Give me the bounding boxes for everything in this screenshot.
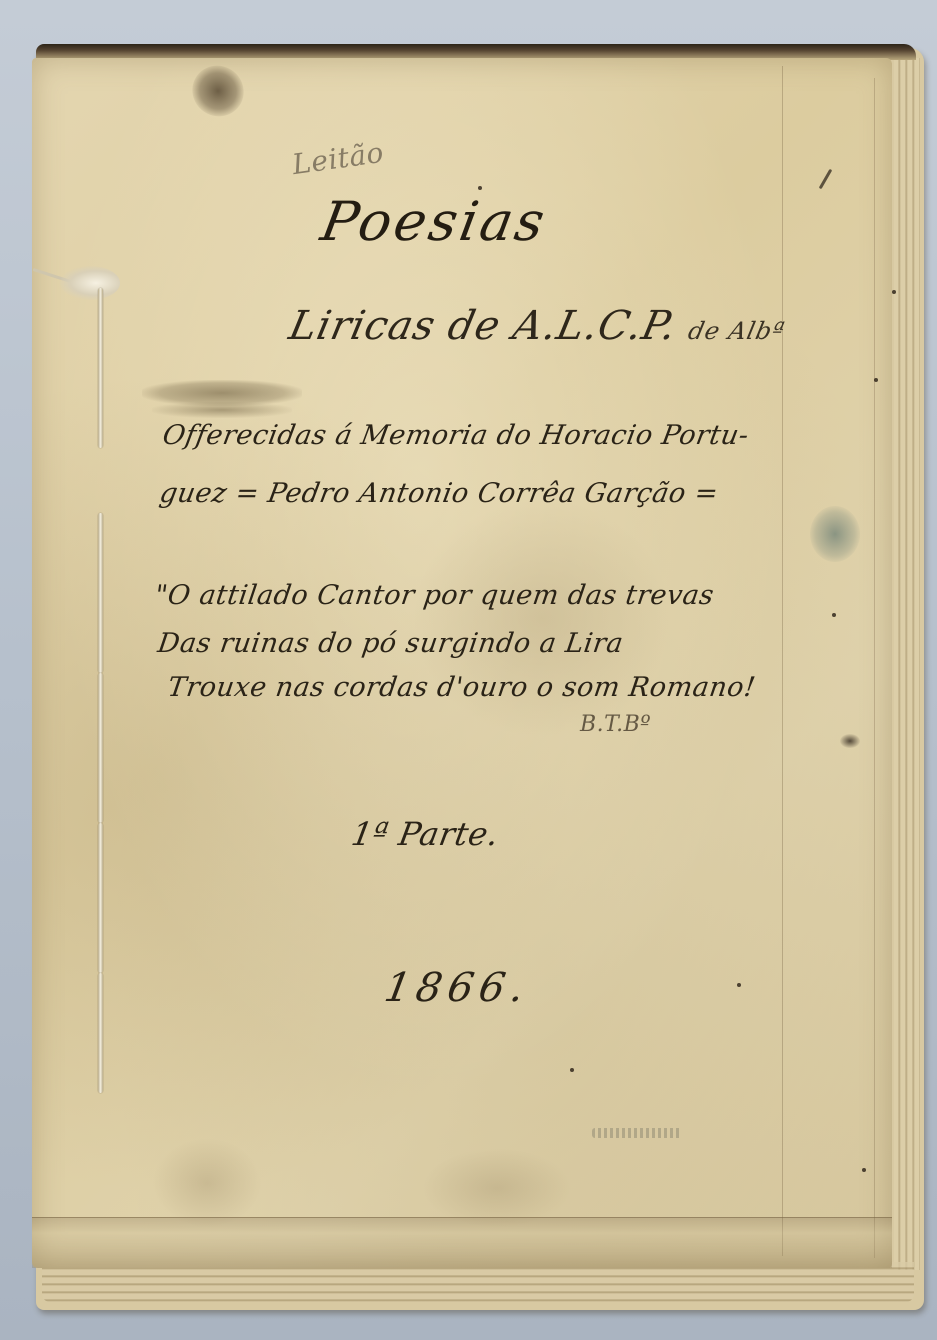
- fold-line: [874, 78, 875, 1258]
- binding-thread: [90, 218, 114, 1098]
- part-label: 1ª Parte.: [349, 815, 502, 853]
- stitch: [98, 823, 103, 973]
- ink-speck: [874, 378, 878, 382]
- stitch: [98, 673, 103, 823]
- fold-line: [782, 66, 783, 1256]
- epigraph-line: Das ruinas do pó surgindo a Lira: [156, 628, 625, 659]
- epigraph-attribution: B.T.Bº: [580, 712, 651, 737]
- dedication-line: Offerecidas á Memoria do Horacio Portu-: [160, 420, 751, 451]
- ink-speck: [832, 613, 836, 617]
- blue-stamp-stain: [810, 506, 860, 562]
- epigraph-line: Trouxe nas cordas d'ouro o som Romano!: [166, 672, 758, 703]
- ink-speck: [892, 290, 896, 294]
- water-stain: [422, 1148, 572, 1228]
- water-stain: [152, 1138, 262, 1228]
- dedication-line: guez = Pedro Antonio Corrêa Garção =: [157, 478, 721, 509]
- year: 1866.: [381, 965, 534, 1011]
- ink-speck: [862, 1168, 866, 1172]
- ink-stain: [182, 56, 253, 127]
- ink-blot: [840, 734, 860, 748]
- brush-stain: [152, 402, 292, 418]
- thread-knot: [60, 266, 120, 300]
- subtitle-main: Liricas de A.L.C.P.: [285, 303, 681, 349]
- brush-stain: [142, 380, 302, 406]
- stitch: [98, 288, 103, 448]
- ink-speck: [737, 983, 741, 987]
- pencil-mark: [819, 169, 833, 190]
- stitch: [98, 513, 103, 673]
- faint-stamp: [592, 1128, 682, 1138]
- ink-speck: [570, 1068, 574, 1072]
- manuscript-title: Poesias: [316, 190, 552, 253]
- bottom-fold: [32, 1217, 892, 1268]
- subtitle-abbrev: de Albª: [686, 317, 788, 345]
- stitch: [98, 973, 103, 1093]
- epigraph-line: "O attilado Cantor por quem das trevas: [153, 580, 716, 611]
- manuscript-subtitle: Liricas de A.L.C.P. de Albª: [285, 303, 791, 349]
